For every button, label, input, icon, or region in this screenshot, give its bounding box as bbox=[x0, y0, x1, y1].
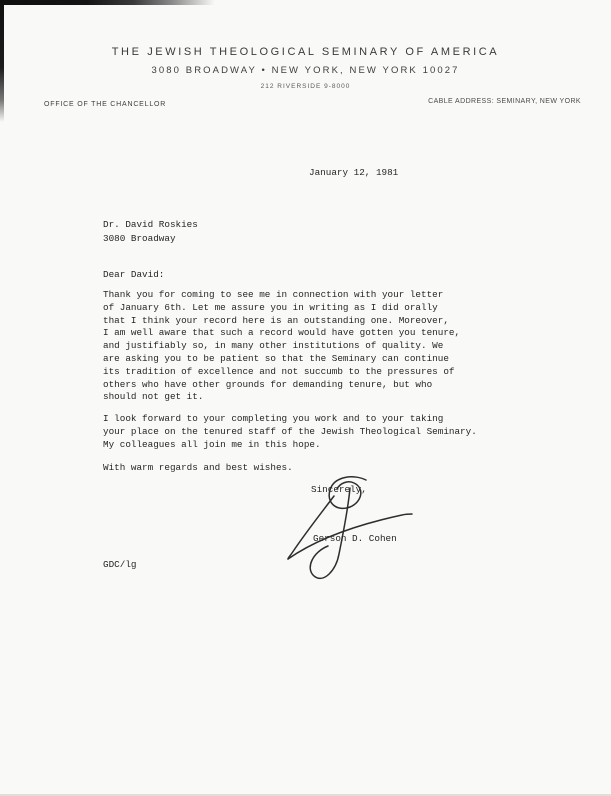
letterhead-office-line: OFFICE OF THE CHANCELLOR bbox=[44, 101, 166, 108]
body-paragraph-2: I look forward to your completing you wo… bbox=[103, 413, 477, 451]
scan-edge-artifact-left bbox=[0, 0, 4, 122]
letterhead-cable-address: CABLE ADDRESS: SEMINARY, NEW YORK bbox=[428, 98, 581, 105]
salutation: Dear David: bbox=[103, 269, 164, 282]
letterhead-address: 3080 BROADWAY • NEW YORK, NEW YORK 10027 bbox=[0, 65, 611, 76]
letter-date: January 12, 1981 bbox=[309, 167, 398, 180]
scan-edge-artifact-top bbox=[0, 0, 215, 5]
body-paragraph-1: Thank you for coming to see me in connec… bbox=[103, 289, 460, 404]
handwritten-signature bbox=[280, 474, 430, 589]
body-paragraph-3: With warm regards and best wishes. bbox=[103, 462, 293, 475]
letterhead-phone: 212 RIVERSIDE 9-8000 bbox=[0, 83, 611, 90]
signature-name: Gerson D. Cohen bbox=[313, 533, 397, 546]
reference-initials: GDC/lg bbox=[103, 559, 136, 572]
recipient-address-block: Dr. David Roskies 3080 Broadway bbox=[103, 218, 198, 245]
letterhead-organization: THE JEWISH THEOLOGICAL SEMINARY OF AMERI… bbox=[0, 46, 611, 58]
scanned-letter-page: THE JEWISH THEOLOGICAL SEMINARY OF AMERI… bbox=[0, 0, 611, 796]
